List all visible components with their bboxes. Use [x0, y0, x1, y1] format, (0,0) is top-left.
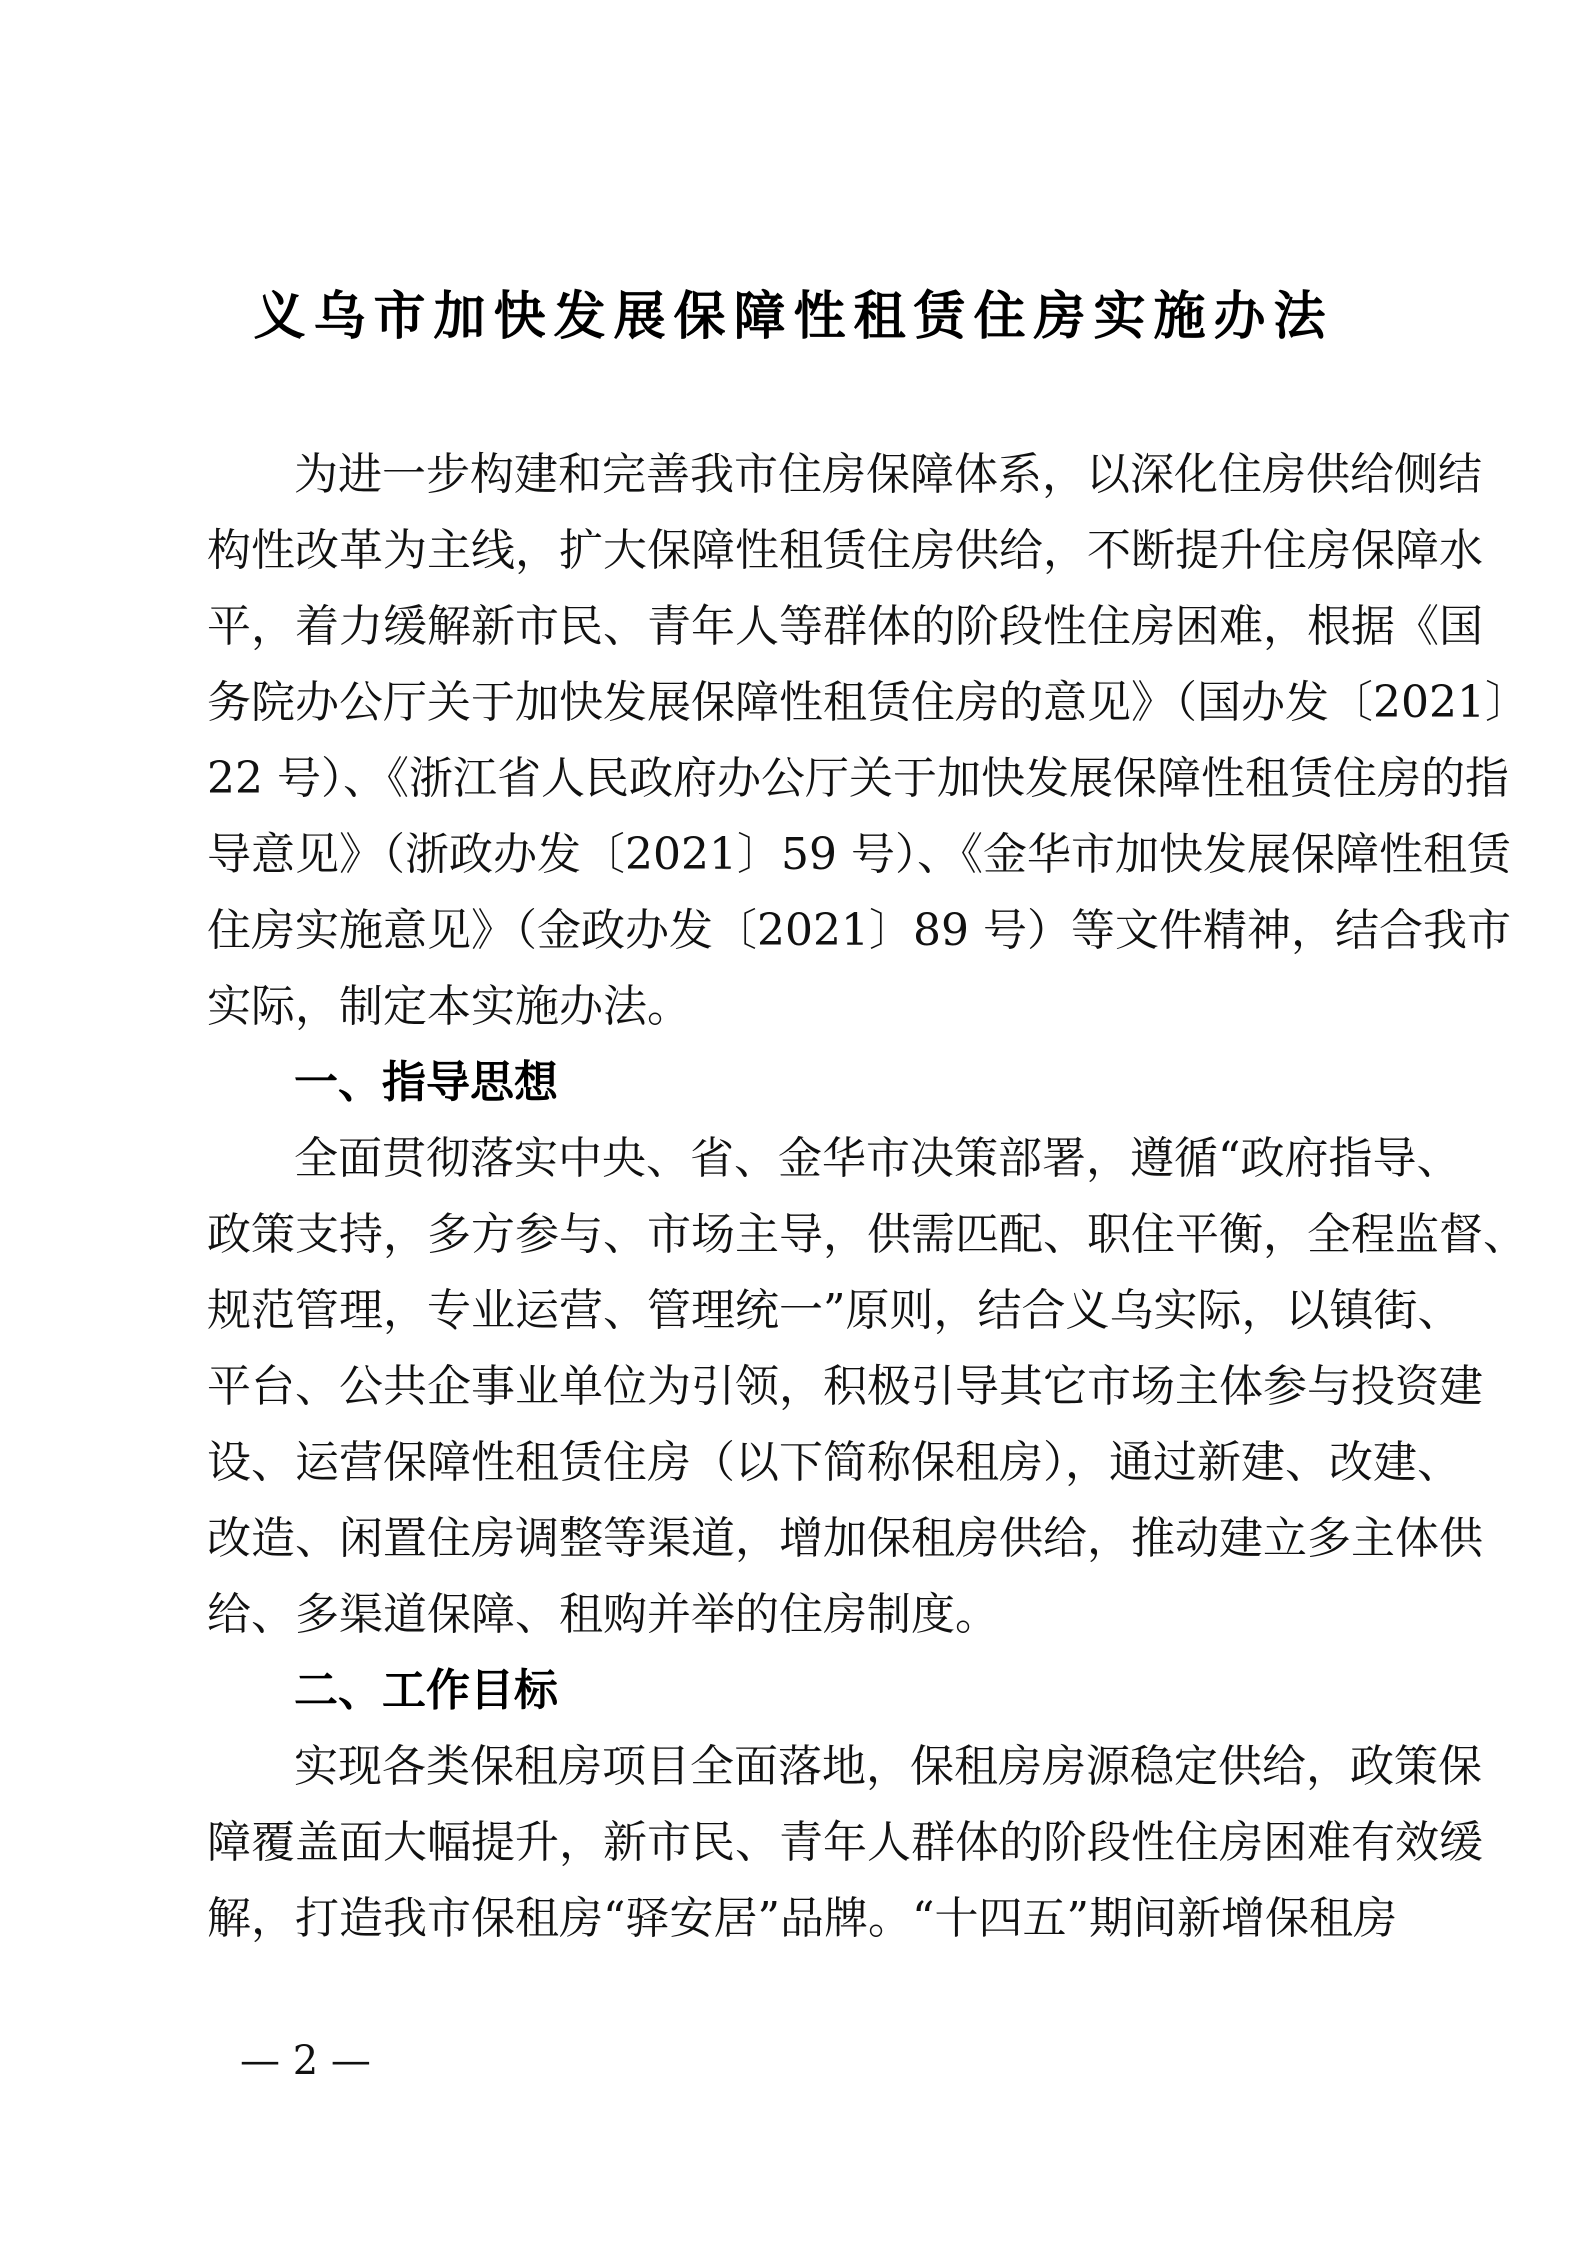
paragraph-line: 务院办公厅关于加快发展保障性租赁住房的意见》（国办发〔2021〕 — [207, 665, 1387, 741]
paragraph-line: 实现各类保租房项目全面落地，保租房房源稳定供给，政策保 — [294, 1729, 1387, 1805]
page-number: — 2 — — [240, 2036, 371, 2086]
paragraph-line: 为进一步构建和完善我市住房保障体系，以深化住房供给侧结 — [294, 437, 1387, 513]
paragraph-line: 实际，制定本实施办法。 — [207, 969, 1387, 1045]
paragraph-line: 平台、公共企事业单位为引领，积极引导其它市场主体参与投资建 — [207, 1349, 1387, 1425]
paragraph-line: 22 号）、《浙江省人民政府办公厅关于加快发展保障性租赁住房的指 — [207, 741, 1387, 817]
paragraph-line: 构性改革为主线，扩大保障性租赁住房供给，不断提升住房保障水 — [207, 513, 1387, 589]
paragraph-line: 解，打造我市保租房“驿安居”品牌。“十四五”期间新增保租房 — [207, 1881, 1387, 1957]
paragraph-line: 平，着力缓解新市民、青年人等群体的阶段性住房困难，根据《国 — [207, 589, 1387, 665]
document-page: 义乌市加快发展保障性租赁住房实施办法 为进一步构建和完善我市住房保障体系，以深化… — [0, 0, 1587, 2245]
section-heading: 二、工作目标 — [294, 1653, 558, 1729]
paragraph-line: 全面贯彻落实中央、省、金华市决策部署，遵循“政府指导、 — [294, 1121, 1387, 1197]
section-heading: 一、指导思想 — [294, 1045, 558, 1121]
document-title: 义乌市加快发展保障性租赁住房实施办法 — [0, 282, 1587, 352]
paragraph-line: 规范管理，专业运营、管理统一”原则，结合义乌实际，以镇街、 — [207, 1273, 1387, 1349]
paragraph-line: 住房实施意见》（金政办发〔2021〕89 号）等文件精神，结合我市 — [207, 893, 1387, 969]
paragraph-line: 导意见》（浙政办发〔2021〕59 号）、《金华市加快发展保障性租赁 — [207, 817, 1387, 893]
paragraph-line: 政策支持，多方参与、市场主导，供需匹配、职住平衡，全程监督、 — [207, 1197, 1387, 1273]
paragraph-line: 改造、闲置住房调整等渠道，增加保租房供给，推动建立多主体供 — [207, 1501, 1387, 1577]
paragraph-line: 障覆盖面大幅提升，新市民、青年人群体的阶段性住房困难有效缓 — [207, 1805, 1387, 1881]
paragraph-line: 设、运营保障性租赁住房（以下简称保租房），通过新建、改建、 — [207, 1425, 1387, 1501]
paragraph-line: 给、多渠道保障、租购并举的住房制度。 — [207, 1577, 1387, 1653]
